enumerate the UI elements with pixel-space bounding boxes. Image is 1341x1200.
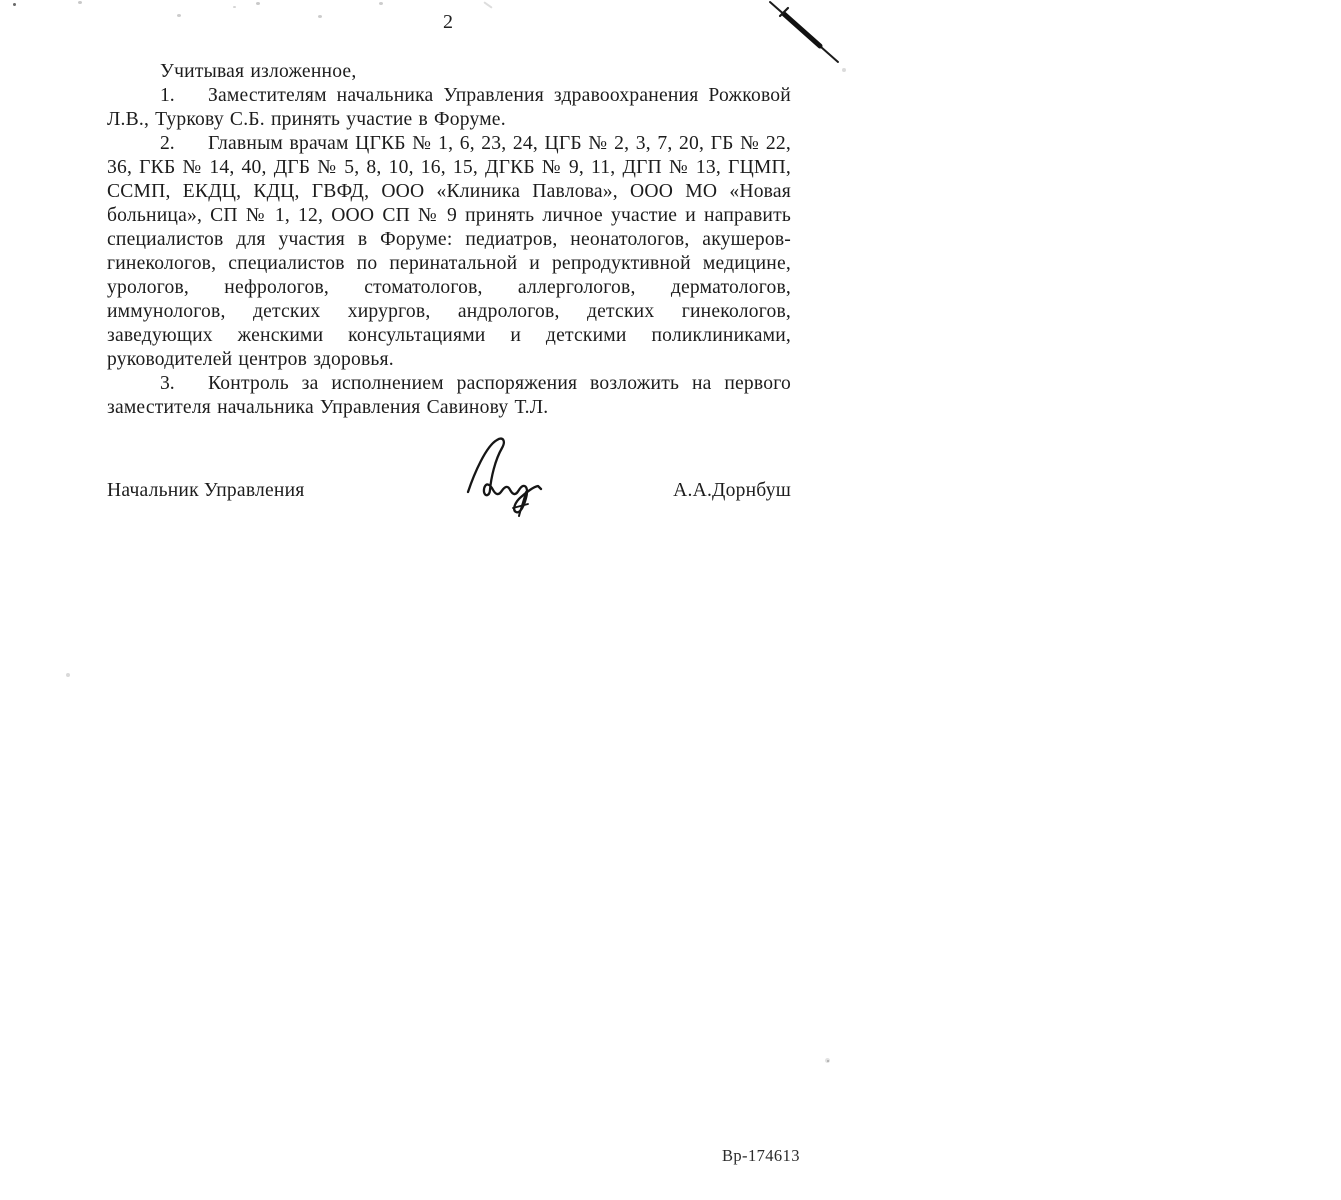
item-number: 2. [160, 132, 208, 156]
item-text: Контроль за исполнением распоряжения воз… [107, 373, 791, 418]
paragraph-intro: Учитывая изложенное, [107, 60, 791, 84]
order-item-1: 1.Заместителям начальника Управления здр… [107, 84, 791, 132]
scanned-document-page: 2 Учитывая изложенное, 1.Заместителям на… [0, 0, 1341, 1200]
item-number: 3. [160, 372, 208, 396]
scan-speck [13, 3, 16, 6]
document-code: Вр-174613 [722, 1146, 800, 1166]
item-text: Главным врачам ЦГКБ № 1, 6, 23, 24, ЦГБ … [107, 133, 791, 370]
item-text: Заместителям начальника Управления здрав… [107, 85, 791, 130]
signature-block: Начальник Управления А.А.Дорнбуш [107, 479, 791, 503]
scan-speck [66, 673, 70, 677]
scan-speck [256, 2, 260, 5]
page-number: 2 [432, 10, 464, 34]
scan-speck [78, 1, 82, 4]
order-item-2: 2.Главным врачам ЦГКБ № 1, 6, 23, 24, ЦГ… [107, 132, 791, 372]
scan-speck [177, 14, 181, 17]
order-item-3: 3.Контроль за исполнением распоряжения в… [107, 372, 791, 420]
scan-speck [379, 2, 383, 5]
scan-speck [827, 1060, 829, 1062]
signature-title: Начальник Управления [107, 479, 304, 503]
item-number: 1. [160, 84, 208, 108]
signature-scribble [452, 432, 552, 522]
scan-speck [318, 15, 322, 18]
scan-speck [233, 6, 236, 8]
signee-name: А.А.Дорнбуш [673, 479, 791, 503]
scan-speck [483, 1, 492, 8]
document-body: Учитывая изложенное, 1.Заместителям нача… [107, 60, 791, 420]
